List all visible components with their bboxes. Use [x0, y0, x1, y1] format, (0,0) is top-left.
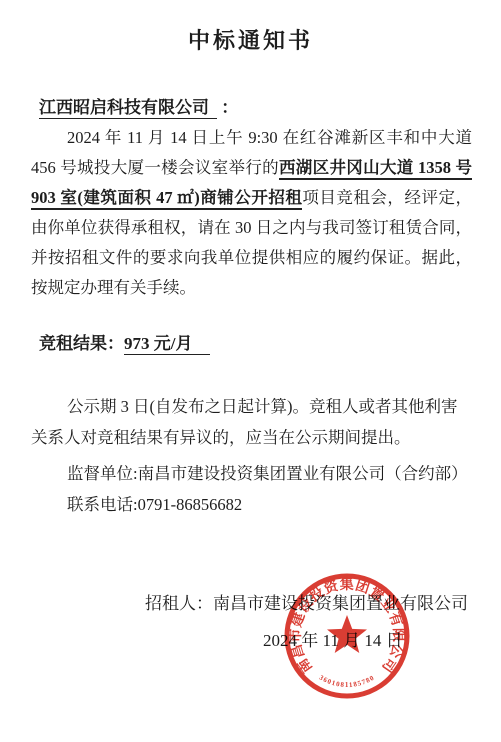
addressee-line: 江西昭启科技有限公司 ： — [39, 93, 238, 118]
svg-text:3601081185780: 3601081185780 — [318, 673, 377, 689]
body-paragraph-2: 公示期 3 日(自发布之日起计算)。竞租人或者其他利害 关系人对竞租结果有异议的… — [31, 391, 472, 453]
text-run: 关系人对竞租结果有异议的，应当在公示期间提出。 — [31, 428, 411, 447]
result-label: 竞租结果： — [39, 334, 124, 353]
lessor-label: 招租人： — [145, 594, 213, 613]
paragraph-line: 903 室(建筑面积 47 ㎡)商铺公开招租项目竞租会，经评定， — [31, 183, 472, 213]
emphasized-run: 西湖区井冈山大道 1358 号 — [279, 158, 472, 180]
text-run: 由你单位获得承租权，请在 30 日之内与我司签订租赁合同， — [31, 218, 472, 237]
paragraph-line: 并按招租文件的要求向我单位提供相应的履约保证。据此， — [31, 243, 472, 273]
phone-line: 联系电话:0791-86856682 — [31, 489, 472, 520]
phone-number: 联系电话:0791-86856682 — [67, 495, 242, 514]
paragraph-line: 456 号城投大厦一楼会议室举行的西湖区井冈山大道 1358 号 — [31, 153, 472, 183]
contact-block: 监督单位:南昌市建设投资集团置业有限公司（合约部） 联系电话:0791-8685… — [31, 458, 472, 520]
body-paragraph-1: 2024 年 11 月 14 日上午 9:30 在红谷滩新区丰和中大道 456 … — [31, 123, 472, 303]
seal-number: 3601081185780 — [318, 673, 377, 689]
document-page: 中标通知书 江西昭启科技有限公司 ： 2024 年 11 月 14 日上午 9:… — [0, 0, 501, 742]
paragraph-line: 按规定办理有关手续。 — [31, 273, 472, 303]
emphasized-run: 903 室(建筑面积 47 ㎡)商铺公开招租 — [31, 188, 302, 210]
text-run: 并按招租文件的要求向我单位提供相应的履约保证。据此， — [31, 248, 472, 267]
paragraph-line: 2024 年 11 月 14 日上午 9:30 在红谷滩新区丰和中大道 — [31, 123, 472, 153]
text-run: 2024 年 11 月 14 日上午 9:30 在红谷滩新区丰和中大道 — [67, 128, 472, 147]
text-run: 项目竞租会，经评定， — [302, 188, 472, 207]
paragraph-line: 公示期 3 日(自发布之日起计算)。竞租人或者其他利害 — [31, 391, 472, 422]
text-run: 按规定办理有关手续。 — [31, 278, 196, 297]
bid-result-line: 竞租结果：973 元/月 — [39, 331, 210, 357]
addressee-colon: ： — [217, 98, 238, 117]
paragraph-line: 关系人对竞租结果有异议的，应当在公示期间提出。 — [31, 422, 472, 453]
result-value: 973 元/月 — [124, 334, 210, 355]
paragraph-line: 由你单位获得承租权，请在 30 日之内与我司签订租赁合同， — [31, 213, 472, 243]
supervisor-line: 监督单位:南昌市建设投资集团置业有限公司（合约部） — [31, 458, 472, 489]
company-seal: 南昌市建设投资集团置业有限公司 3601081185780 — [280, 569, 414, 703]
addressee-name: 江西昭启科技有限公司 — [39, 98, 217, 119]
text-run: 监督单位:南昌市建设投资集团置业有限公司（合约部） — [67, 464, 468, 483]
text-run: 公示期 3 日(自发布之日起计算)。竞租人或者其他利害 — [67, 397, 458, 416]
seal-star-icon — [327, 615, 367, 653]
page-title: 中标通知书 — [0, 24, 501, 55]
text-run: 456 号城投大厦一楼会议室举行的 — [31, 158, 279, 177]
